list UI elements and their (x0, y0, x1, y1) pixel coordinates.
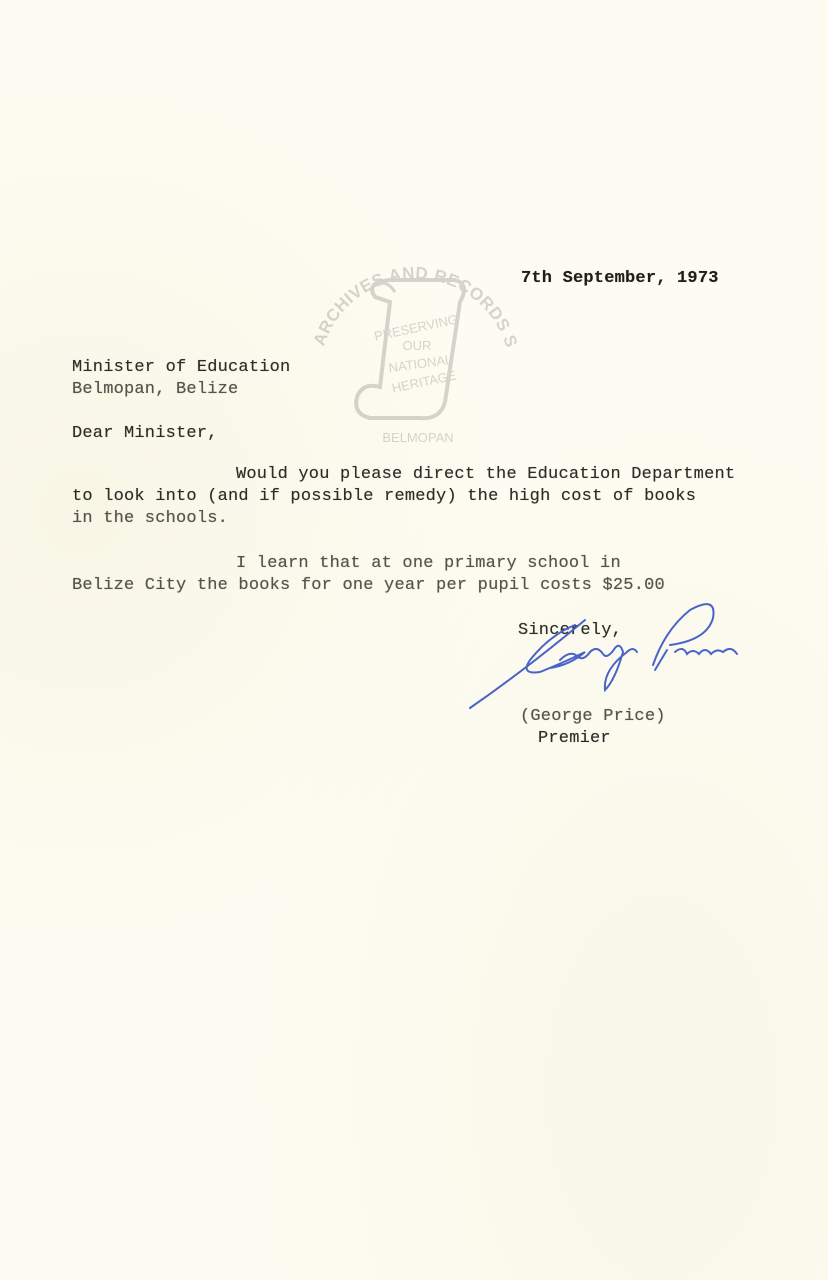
watermark-bottom-text: BELMOPAN (382, 430, 453, 445)
signatory-name: (George Price) (520, 706, 666, 728)
handwritten-signature (455, 590, 755, 720)
signatory-title: Premier (538, 728, 611, 750)
salutation: Dear Minister, (72, 423, 218, 445)
paragraph-2-line-1: I learn that at one primary school in (236, 553, 621, 575)
paragraph-1-line-3: in the schools. (72, 508, 228, 530)
recipient-title: Minister of Education (72, 357, 290, 379)
paragraph-1-line-2: to look into (and if possible remedy) th… (72, 486, 696, 508)
paragraph-1-line-1: Would you please direct the Education De… (236, 464, 735, 486)
archives-watermark-stamp: BELIZE ARCHIVES AND RECORDS SERVICE PRES… (295, 232, 535, 447)
watermark-line-2: OUR (403, 338, 432, 353)
letter-date: 7th September, 1973 (521, 268, 719, 290)
recipient-location: Belmopan, Belize (72, 379, 238, 401)
